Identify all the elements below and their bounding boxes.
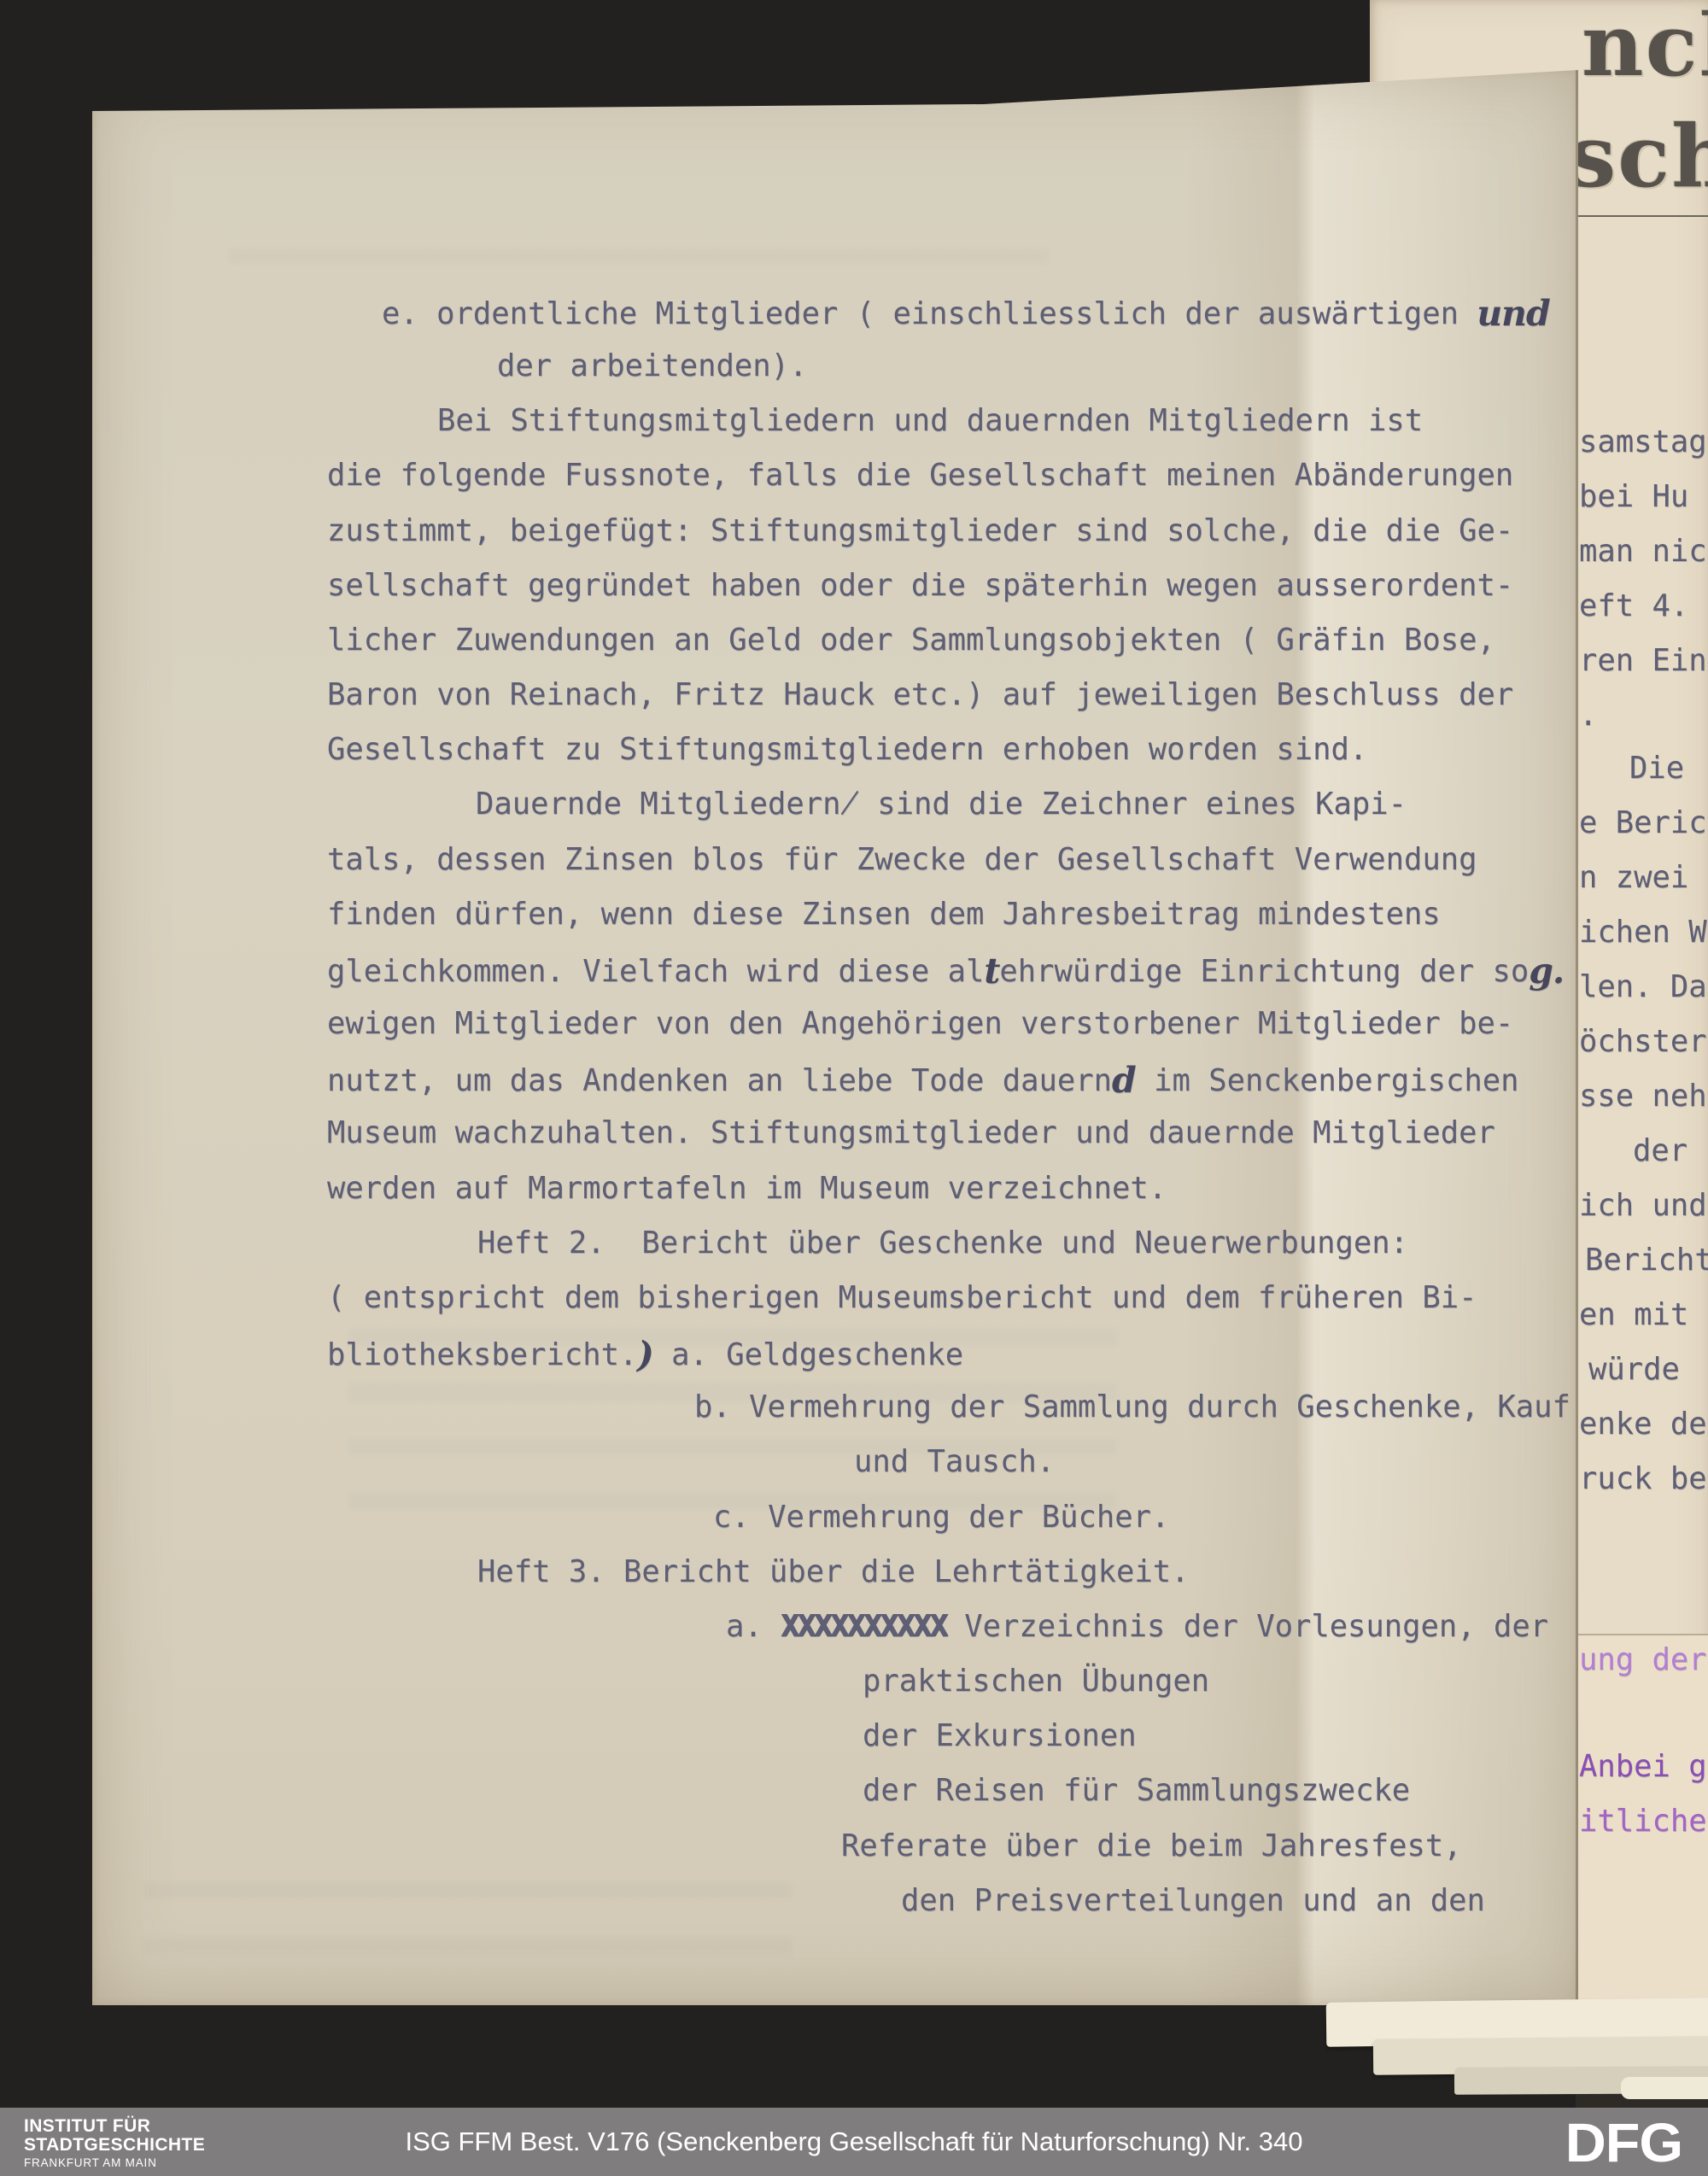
handwritten-text: ) (637, 1334, 652, 1375)
typed-line: licher Zuwendungen an Geld oder Sammlung… (327, 623, 1495, 658)
struck-out-text: XXXXXXXXXX (781, 1609, 946, 1644)
typed-fragment: ichen W (1579, 915, 1707, 950)
typewritten-text: Gesellschaft zu Stiftungsmitgliedern erh… (327, 732, 1367, 767)
typed-line: a. XXXXXXXXXX Verzeichnis der Vorlesunge… (726, 1610, 1548, 1644)
typed-fragment: ich und (1579, 1188, 1707, 1223)
typewritten-text: praktischen Übungen (863, 1664, 1209, 1699)
typed-line: sellschaft gegründet haben oder die spät… (327, 569, 1513, 603)
purple-typed-fragment: Anbei g (1579, 1749, 1707, 1784)
typed-fragment: würde (1588, 1352, 1680, 1387)
typewritten-text: Dauernde Mitgliedern̸ sind die Zeichner … (476, 787, 1407, 822)
handwritten-text: d (1112, 1060, 1136, 1101)
typed-fragment: ren Ein (1579, 643, 1707, 678)
typed-line: tals, dessen Zinsen blos für Zwecke der … (327, 843, 1477, 877)
typewritten-text: den Preisverteilungen und an den (901, 1883, 1485, 1918)
typed-line: der Reisen für Sammlungszwecke (863, 1774, 1410, 1808)
typewritten-text: werden auf Marmortafeln im Museum verzei… (327, 1171, 1167, 1206)
typed-line: der arbeitenden). (497, 349, 807, 383)
typed-fragment: man nic (1579, 534, 1707, 569)
typed-fragment: n zwei (1579, 860, 1688, 895)
typed-line: gleichkommen. Vielfach wird diese altehr… (327, 952, 1564, 989)
typed-line: und Tausch. (854, 1445, 1055, 1479)
typed-line: der Exkursionen (863, 1719, 1137, 1753)
typed-fragment: samstag (1579, 424, 1707, 459)
typed-fragment: ruck be (1579, 1461, 1707, 1496)
gothic-letterhead-fragment: ncke (1582, 0, 1708, 96)
typewritten-text: ewigen Mitglieder von den Angehörigen ve… (327, 1006, 1513, 1041)
typewritten-text: sellschaft gegründet haben oder die spät… (327, 568, 1513, 603)
typewritten-text: Heft 3. Bericht über die Lehrtätigkeit. (477, 1554, 1190, 1589)
typed-line: Bei Stiftungsmitgliedern und dauernden M… (437, 404, 1423, 438)
letterhead-flourish-line (1571, 215, 1708, 217)
footer-bar: INSTITUT FÜR STADTGESCHICHTE FRANKFURT A… (0, 2108, 1708, 2176)
typewritten-text: Museum wachzuhalten. Stiftungsmitglieder… (327, 1115, 1495, 1150)
typewritten-text: Referate über die beim Jahresfest, (841, 1828, 1462, 1863)
typed-line: bliotheksbericht.) a. Geldgeschenke (327, 1336, 963, 1372)
typed-line: Referate über die beim Jahresfest, (841, 1829, 1462, 1863)
typed-fragment: Die (1629, 751, 1684, 786)
typed-fragment: der (1633, 1133, 1688, 1168)
purple-typed-fragment: ung der (1579, 1642, 1707, 1677)
typewritten-text: b. Vermehrung der Sammlung durch Geschen… (694, 1389, 1571, 1424)
typed-fragment: len. Da (1579, 969, 1707, 1004)
typewritten-text: c. Vermehrung der Bücher. (713, 1500, 1169, 1535)
main-document-page: e. ordentliche Mitglieder ( einschliessl… (92, 70, 1578, 2005)
typewritten-text: Verzeichnis der Vorlesungen, der (946, 1609, 1548, 1644)
typed-line: finden dürfen, wenn diese Zinsen dem Jah… (327, 898, 1441, 932)
page-edge-shadow (1576, 70, 1578, 2005)
typed-fragment: öchster (1579, 1024, 1707, 1059)
typed-fragment: eft 4. (1579, 588, 1688, 623)
typewritten-text: nutzt, um das Andenken an liebe Tode dau… (327, 1063, 1112, 1098)
typewritten-text: im Senckenbergischen (1136, 1063, 1519, 1098)
typewritten-text: der Reisen für Sammlungszwecke (863, 1773, 1410, 1808)
typewritten-text: gleichkommen. Vielfach wird diese al (327, 954, 984, 989)
scan-background: nckesche samstagbei Human niceft 4.ren E… (0, 0, 1708, 2176)
typed-line: Dauernde Mitgliedern̸ sind die Zeichner … (476, 787, 1407, 822)
typewritten-text: Heft 2. Bericht über Geschenke und Neuer… (477, 1225, 1408, 1261)
typewritten-text: finden dürfen, wenn diese Zinsen dem Jah… (327, 897, 1441, 932)
typed-line: Museum wachzuhalten. Stiftungsmitglieder… (327, 1116, 1495, 1150)
typed-line: Heft 3. Bericht über die Lehrtätigkeit. (477, 1555, 1190, 1589)
typed-fragment: enke der (1579, 1407, 1708, 1442)
typed-fragment: Bericht (1585, 1243, 1708, 1278)
typed-line: Gesellschaft zu Stiftungsmitgliedern erh… (327, 733, 1367, 767)
typed-line: Baron von Reinach, Fritz Hauck etc.) auf… (327, 678, 1513, 712)
typed-line: e. ordentliche Mitglieder ( einschliessl… (382, 295, 1550, 331)
typewritten-text: die folgende Fussnote, falls die Gesells… (327, 458, 1513, 493)
typed-line: Heft 2. Bericht über Geschenke und Neuer… (477, 1226, 1408, 1261)
typed-line: ewigen Mitglieder von den Angehörigen ve… (327, 1007, 1513, 1041)
typewritten-text: ( entspricht dem bisherigen Museumsberic… (327, 1280, 1477, 1315)
ink-bleed-through (229, 249, 1049, 301)
typewritten-text: und Tausch. (854, 1444, 1055, 1479)
typewritten-text: Baron von Reinach, Fritz Hauck etc.) auf… (327, 677, 1513, 712)
typed-line: werden auf Marmortafeln im Museum verzei… (327, 1172, 1167, 1206)
archive-reference-label: ISG FFM Best. V176 (Senckenberg Gesellsc… (0, 2108, 1708, 2176)
handwritten-text: g. (1529, 951, 1564, 991)
gothic-letterhead-fragment: sche (1568, 106, 1708, 207)
handwritten-text: t (984, 951, 999, 991)
ink-bleed-through (143, 1881, 793, 1992)
typed-line: c. Vermehrung der Bücher. (713, 1500, 1169, 1535)
typewritten-text: zustimmt, beigefügt: Stiftungsmitglieder… (327, 513, 1513, 548)
typed-fragment: . (1579, 698, 1597, 733)
typed-line: b. Vermehrung der Sammlung durch Geschen… (694, 1390, 1571, 1424)
typewritten-text: a. (726, 1609, 781, 1644)
typed-line: ( entspricht dem bisherigen Museumsberic… (327, 1281, 1477, 1315)
typewritten-text: Bei Stiftungsmitgliedern und dauernden M… (437, 403, 1423, 438)
typed-line: den Preisverteilungen und an den (901, 1884, 1485, 1918)
typed-fragment: sse neh (1579, 1079, 1707, 1114)
typewritten-text: ehrwürdige Einrichtung der so (999, 954, 1529, 989)
typewritten-text: bliotheksbericht. (327, 1337, 637, 1372)
typewritten-text: licher Zuwendungen an Geld oder Sammlung… (327, 623, 1495, 658)
paper-stack-sheet (1621, 2077, 1708, 2099)
typewritten-text: e. ordentliche Mitglieder ( einschliessl… (382, 296, 1477, 331)
handwritten-text: und (1477, 293, 1549, 334)
dfg-logo: DFG (1565, 2111, 1682, 2174)
typewritten-text: a. Geldgeschenke (653, 1337, 963, 1372)
typed-fragment: en mit (1579, 1297, 1688, 1332)
typewritten-text: tals, dessen Zinsen blos für Zwecke der … (327, 842, 1477, 877)
typed-fragment: bei Hu (1579, 479, 1688, 514)
typed-line: die folgende Fussnote, falls die Gesells… (327, 459, 1513, 493)
typewritten-text: der arbeitenden). (497, 348, 807, 383)
typed-line: praktischen Übungen (863, 1664, 1209, 1699)
typed-fragment: e Beric (1579, 805, 1707, 840)
typed-line: zustimmt, beigefügt: Stiftungsmitglieder… (327, 514, 1513, 548)
typewritten-text: der Exkursionen (863, 1718, 1137, 1753)
purple-typed-fragment: itliche (1579, 1804, 1707, 1839)
typed-line: nutzt, um das Andenken an liebe Tode dau… (327, 1062, 1519, 1098)
